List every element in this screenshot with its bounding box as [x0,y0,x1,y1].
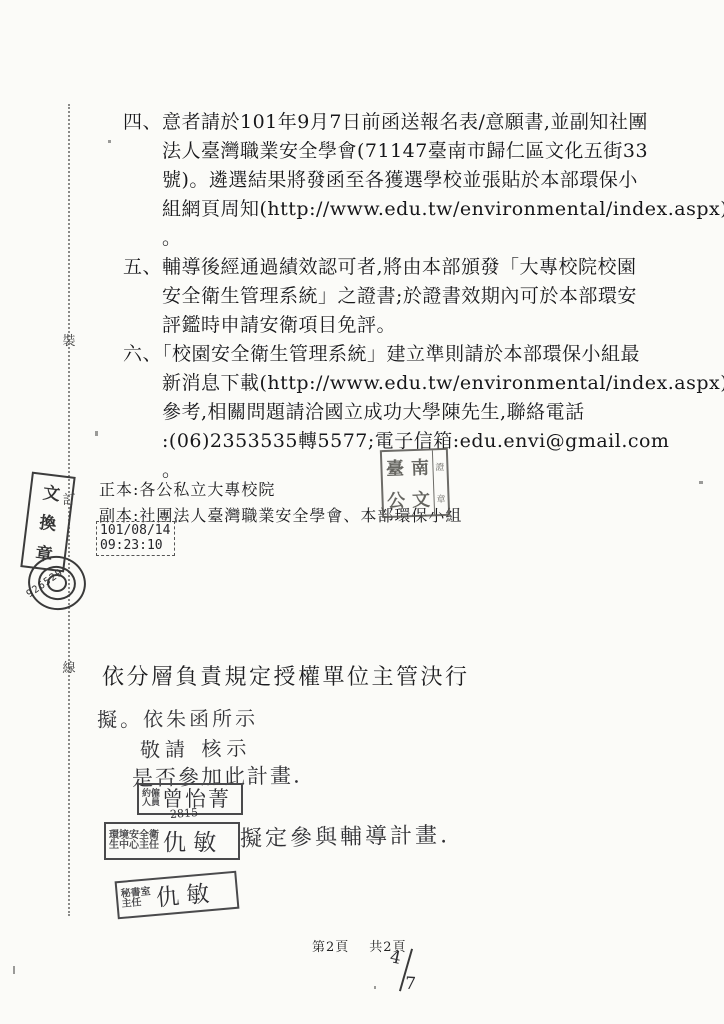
paragraph-5-line-1: 五、輔導後經通過績效認可者,將由本部頒發「大專校院校園 [123,253,724,282]
seal-char: 臺 [386,454,405,481]
document-body: 四、意者請於101年9月7日前函送報名表/意願書,並副知社團 法人臺灣職業安全學… [123,108,724,485]
tainan-seal-side-column: 證 章 [432,450,448,514]
footer-page-number: 第2頁 [312,936,349,955]
seal-side-char: 證 [435,459,444,472]
tainan-seal-characters: 臺 南 公 文 [382,450,434,516]
binding-label-zhuang: 裝 [58,330,80,349]
env-safety-director-stamp-label: 環境安全衛 生中心主任 [106,829,161,854]
stamp-label-line: 生中心主任 [109,841,159,852]
paragraph-4-line-2: 法人臺灣職業安全學會(71147臺南市歸仁區文化五街33 [123,137,724,166]
decision-authority-line: 依分層負責規定授權單位主管決行 [102,660,470,691]
secretary-director-stamp-label: 秘書室 主任 [117,885,154,913]
paragraph-6-line-1: 六、「校園安全衛生管理系統」建立準則請於本部環保小組最 [123,340,724,369]
paragraph-4-line-4: 組網頁周知(http://www.edu.tw/environmental/in… [123,195,724,224]
receipt-date: 101/08/14 [100,523,170,538]
seal-char: 公 [387,486,406,513]
archive-stamp-char: 換 [38,509,58,536]
seal-char: 文 [412,485,431,512]
receipt-time: 09:23:10 [100,538,170,553]
paragraph-6-line-3: 參考,相關問題請洽國立成功大學陳先生,聯絡電話 [123,398,724,427]
fraction-numerator: 4 [388,947,403,969]
scan-speck [699,481,703,484]
contract-staff-stamp-label: 約僱 人員 [139,788,162,811]
scan-speck [95,431,98,436]
stamp-label-line: 主任 [121,897,152,910]
paragraph-4-line-1: 四、意者請於101年9月7日前函送報名表/意願書,並副知社團 [123,108,724,137]
scan-speck [108,140,111,143]
paragraph-4-line-5: 。 [123,224,724,253]
paragraph-5-line-3: 評鑑時申請安衛項目免評。 [123,311,724,340]
seal-char: 南 [410,454,429,481]
datetime-receipt-stamp: 101/08/14 09:23:10 [96,521,175,556]
handwriting-guidance-plan-note: 擬定參與輔導計畫. [240,818,451,853]
signature-extension-number: 2815 [170,806,199,821]
scan-speck [374,986,376,989]
recipient-original: 正本:各公私立大專校院 [99,477,275,500]
paragraph-6-line-2: 新消息下載(http://www.edu.tw/environmental/in… [123,369,724,398]
handwriting-proposal-line: 擬。依朱函所示 [97,702,258,732]
seal-side-char: 章 [436,491,445,504]
tainan-document-seal: 臺 南 公 文 證 章 [380,448,450,518]
handwritten-fraction: 4 7 [390,948,430,1006]
signature-qiu-min-director: 仇 敏 [163,824,216,857]
paragraph-5-line-2: 安全衛生管理系統」之證書;於證書效期內可於本部環安 [123,282,724,311]
env-safety-director-stamp: 環境安全衛 生中心主任 仇 敏 [104,822,240,860]
signature-qiu-min-secretary: 仇 敏 [155,875,211,913]
stamp-label-line: 人員 [142,799,160,808]
binding-label-xian: 線 [58,657,80,676]
scanned-document-page: 四、意者請於101年9月7日前函送報名表/意願書,並副知社團 法人臺灣職業安全學… [0,0,724,1024]
paragraph-4-line-3: 號)。遴選結果將發函至各獲選學校並張貼於本部環保小 [123,166,724,195]
fraction-denominator: 7 [404,974,416,995]
archive-stamp-char: 文 [42,478,62,505]
secretary-director-stamp: 秘書室 主任 仇 敏 [115,871,240,919]
scan-speck [13,966,15,974]
handwriting-request-approval: 敬請 核示 [140,732,252,763]
